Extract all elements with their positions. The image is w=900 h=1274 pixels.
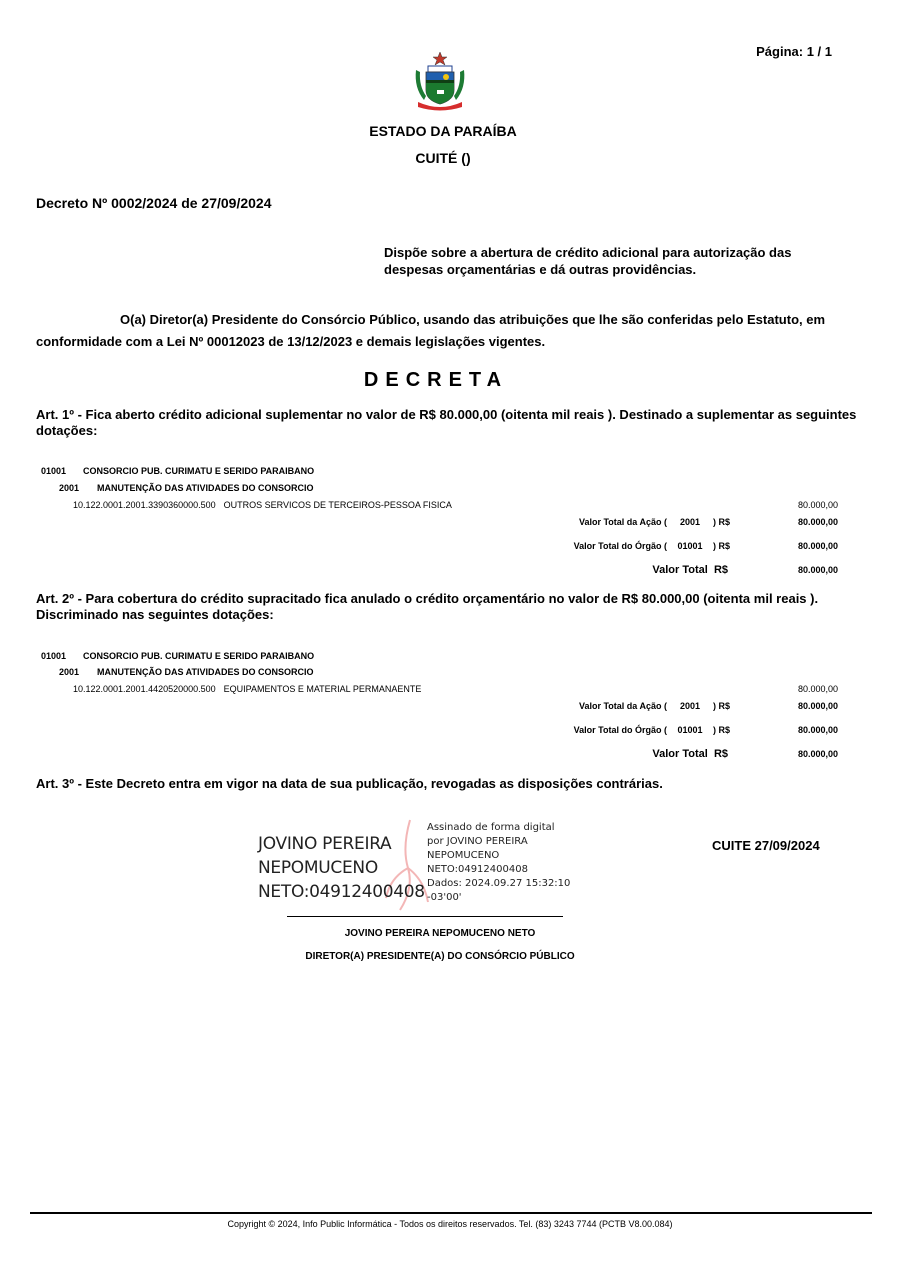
signature-detail-line: por JOVINO PEREIRA [427,835,577,849]
state-name: ESTADO DA PARAÍBA [0,123,886,139]
label: Valor Total da Ação ( [579,701,667,711]
footer-divider [30,1212,872,1214]
signature-detail-line: Dados: 2024.09.27 15:32:10 [427,877,577,891]
article-1-total-orgao-value: 80.000,00 [798,541,838,551]
article-2-grand-total-label: Valor Total R$ [652,748,728,760]
state-coat-of-arms-icon [410,50,470,112]
page-number: Página: 1 / 1 [756,44,832,59]
signature-detail-line: Assinado de forma digital [427,821,577,835]
dotacao-code: 10.122.0001.2001.3390360000.500 [73,500,216,510]
suffix: ) R$ [713,701,730,711]
dotacao-code: 10.122.0001.2001.4420520000.500 [73,684,216,694]
signature-name-large: JOVINO PEREIRA NEPOMUCENO NETO:049124004… [258,832,425,904]
decreta-heading: DECRETA [0,369,872,392]
city-name: CUITÉ () [0,150,886,166]
article-1-total-orgao-label: Valor Total do Órgão (01001) R$ [574,541,730,551]
signature-detail-line: NETO:04912400408 [427,863,577,877]
article-2-dotacao-value: 80.000,00 [798,684,838,694]
code: 2001 [667,517,713,527]
decree-title: Decreto Nº 0002/2024 de 27/09/2024 [36,195,272,211]
article-2-acao: 2001MANUTENÇÃO DAS ATIVIDADES DO CONSORC… [59,667,314,677]
code: 01001 [667,541,713,551]
suffix: ) R$ [713,517,730,527]
place-date: CUITE 27/09/2024 [712,838,820,853]
article-2-grand-total-value: 80.000,00 [798,749,838,759]
signature-line [287,916,563,917]
acao-code: 2001 [59,483,97,493]
article-2-text: Art. 2º - Para cobertura do crédito supr… [36,591,886,623]
article-1-acao: 2001MANUTENÇÃO DAS ATIVIDADES DO CONSORC… [59,483,314,493]
signature-detail-line: -03'00' [427,891,577,905]
article-1-total-acao-value: 80.000,00 [798,517,838,527]
article-1-total-acao-label: Valor Total da Ação (2001) R$ [579,517,730,527]
article-2-total-acao-value: 80.000,00 [798,701,838,711]
article-1-orgao: 01001CONSORCIO PUB. CURIMATU E SERIDO PA… [41,466,314,476]
article-3-text: Art. 3º - Este Decreto entra em vigor na… [36,776,886,792]
signer-role: DIRETOR(A) PRESIDENTE(A) DO CONSÓRCIO PÚ… [240,951,640,962]
acao-code: 2001 [59,667,97,677]
decree-preamble: O(a) Diretor(a) Presidente do Consórcio … [36,309,870,353]
article-1-text: Art. 1º - Fica aberto crédito adicional … [36,407,886,439]
orgao-code: 01001 [41,651,83,661]
signer-name: JOVINO PEREIRA NEPOMUCENO NETO [240,928,640,939]
orgao-code: 01001 [41,466,83,476]
signature-name-line-1: JOVINO PEREIRA [258,832,425,856]
suffix: ) R$ [713,541,730,551]
article-1-grand-total-label: Valor Total R$ [652,564,728,576]
signature-detail-line: NEPOMUCENO [427,849,577,863]
dotacao-name: OUTROS SERVICOS DE TERCEIROS-PESSOA FISI… [224,500,452,510]
article-2-dotacao: 10.122.0001.2001.4420520000.500EQUIPAMEN… [73,684,421,694]
code: 01001 [667,725,713,735]
signature-details: Assinado de forma digital por JOVINO PER… [427,821,577,905]
article-1-grand-total-value: 80.000,00 [798,565,838,575]
suffix: ) R$ [713,725,730,735]
orgao-name: CONSORCIO PUB. CURIMATU E SERIDO PARAIBA… [83,466,314,476]
label: Valor Total do Órgão ( [574,725,667,735]
orgao-name: CONSORCIO PUB. CURIMATU E SERIDO PARAIBA… [83,651,314,661]
code: 2001 [667,701,713,711]
signature-name-line-3: NETO:04912400408 [258,880,425,904]
article-2-total-orgao-value: 80.000,00 [798,725,838,735]
article-2-total-orgao-label: Valor Total do Órgão (01001) R$ [574,725,730,735]
decree-ementa: Dispõe sobre a abertura de crédito adici… [384,244,844,278]
footer-copyright: Copyright © 2024, Info Public Informátic… [0,1219,900,1229]
acao-name: MANUTENÇÃO DAS ATIVIDADES DO CONSORCIO [97,483,314,493]
label: Valor Total da Ação ( [579,517,667,527]
article-2-orgao: 01001CONSORCIO PUB. CURIMATU E SERIDO PA… [41,651,314,661]
article-1-dotacao-value: 80.000,00 [798,500,838,510]
dotacao-name: EQUIPAMENTOS E MATERIAL PERMANAENTE [224,684,422,694]
signature-name-line-2: NEPOMUCENO [258,856,425,880]
label: Valor Total do Órgão ( [574,541,667,551]
article-2-total-acao-label: Valor Total da Ação (2001) R$ [579,701,730,711]
article-1-dotacao: 10.122.0001.2001.3390360000.500OUTROS SE… [73,500,452,510]
acao-name: MANUTENÇÃO DAS ATIVIDADES DO CONSORCIO [97,667,314,677]
